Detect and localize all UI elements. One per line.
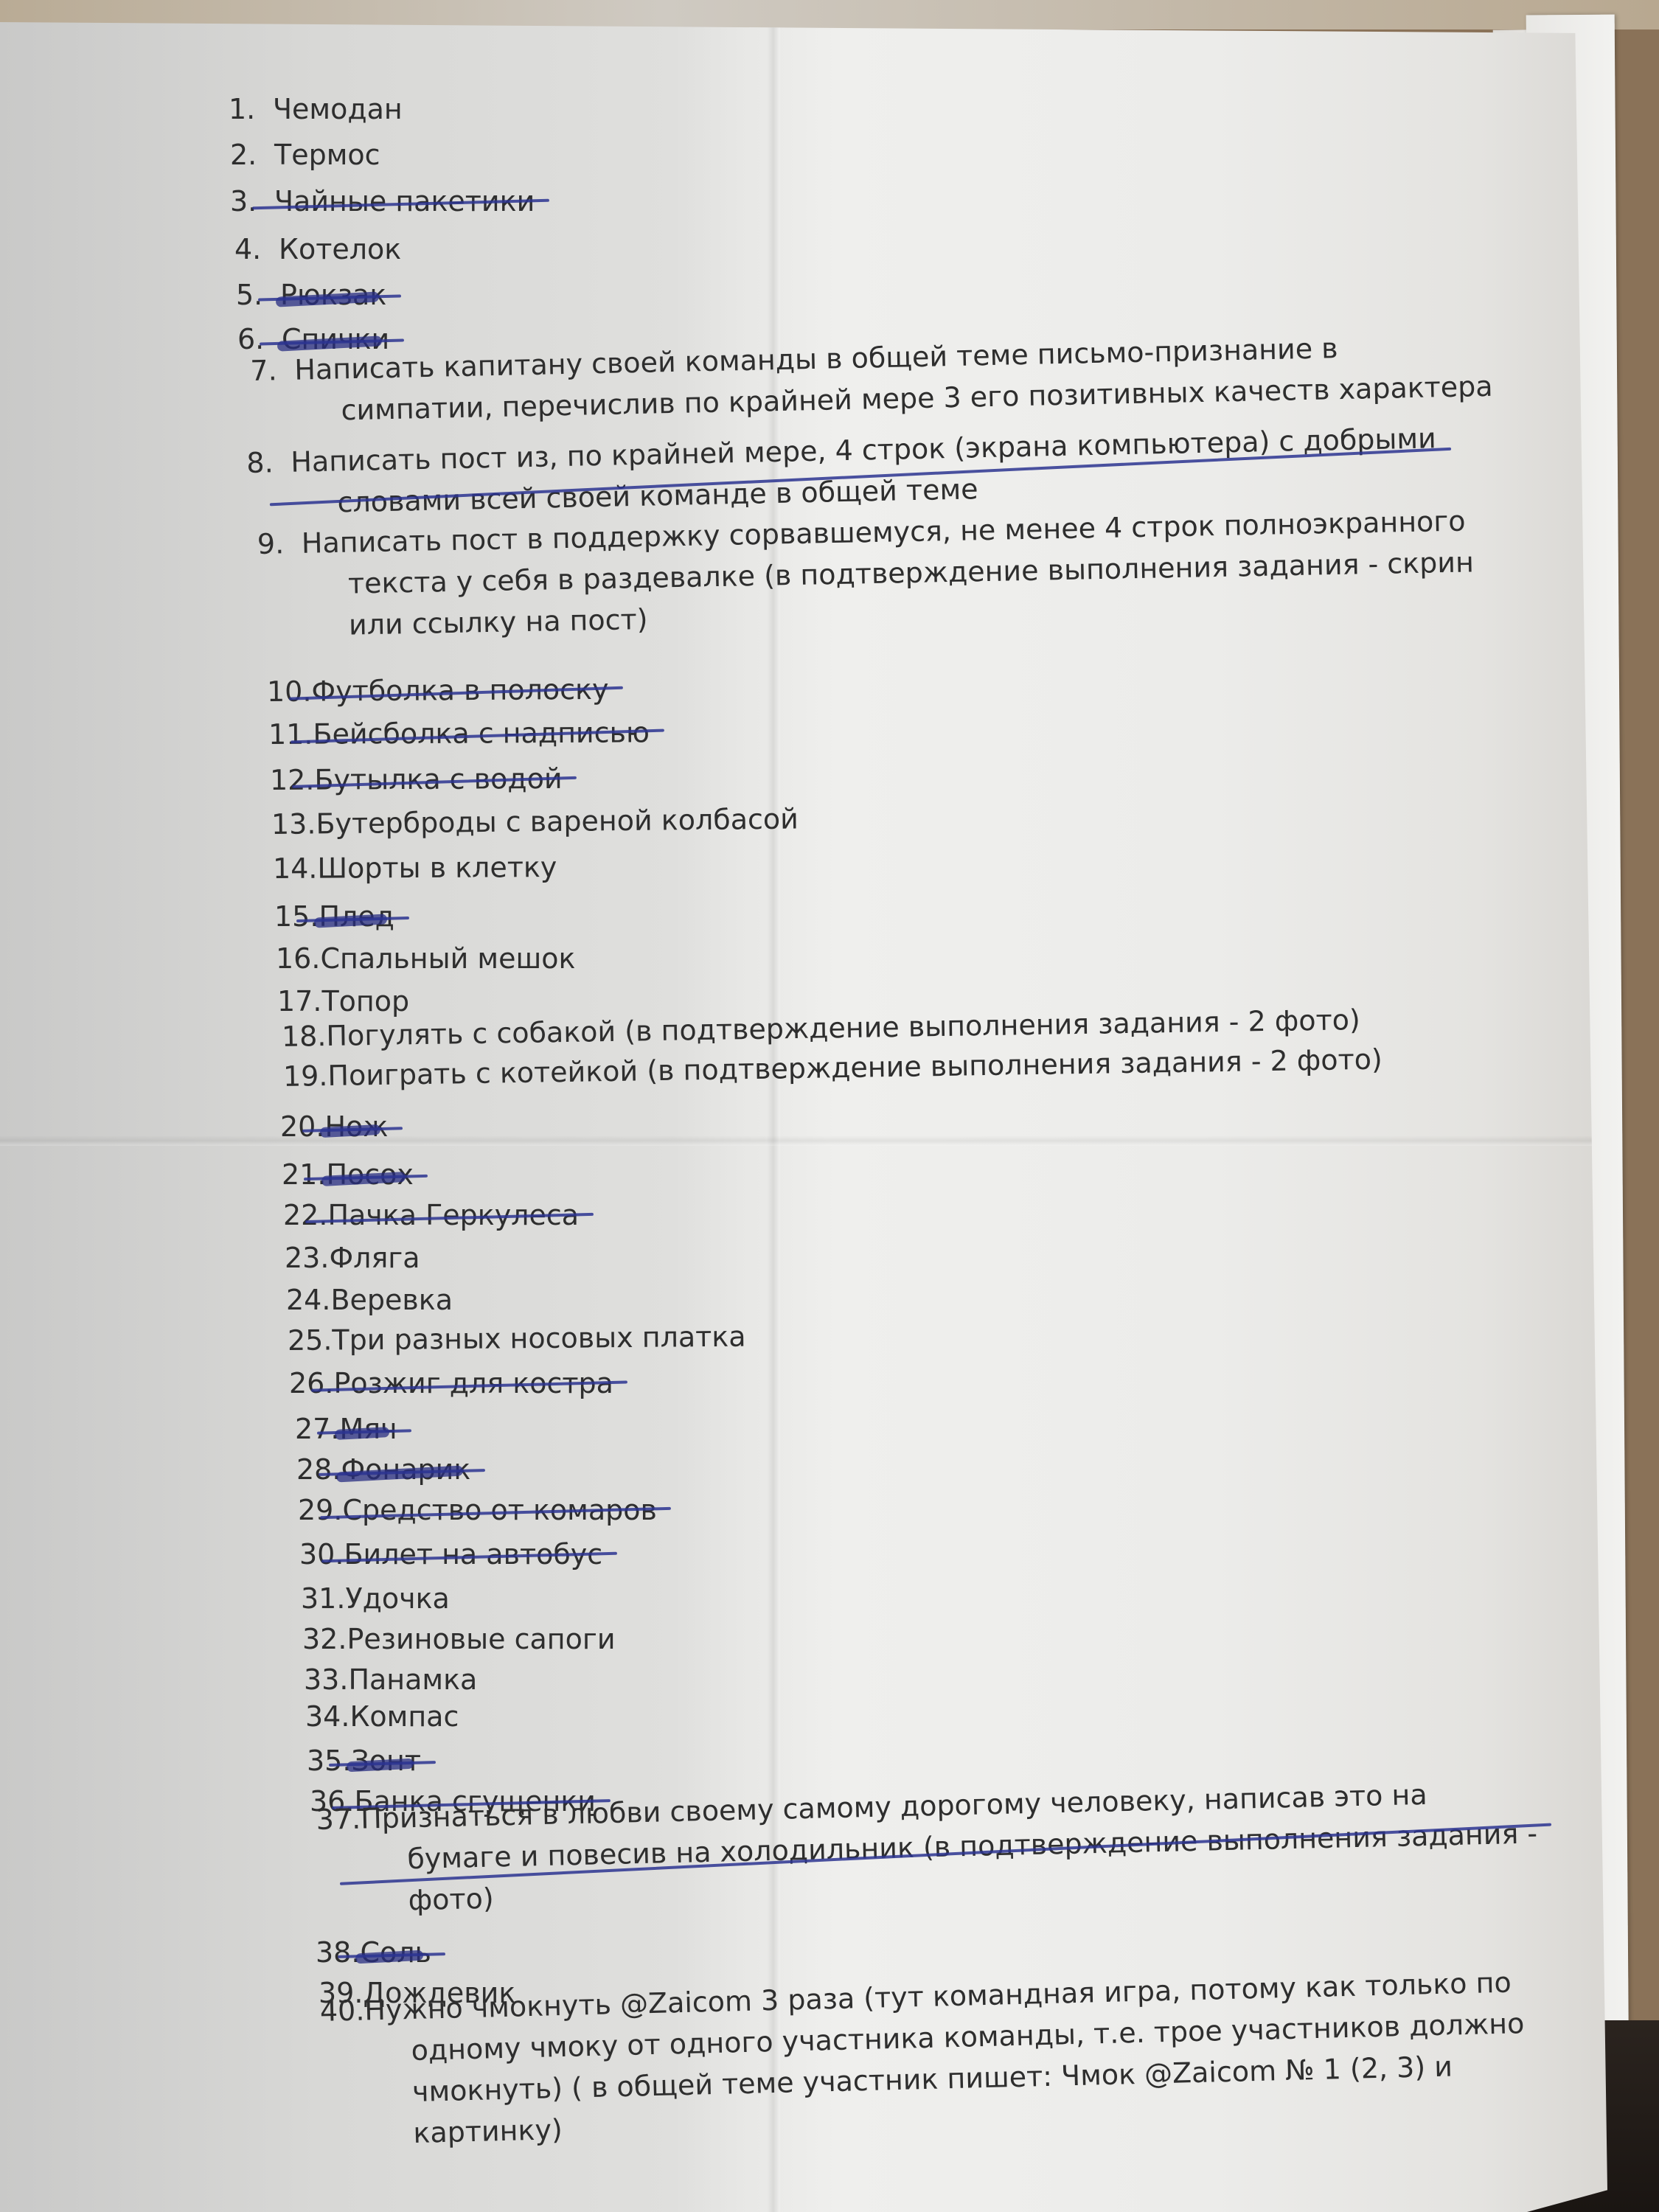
list-item: 7.Написать капитану своей команды в обще…: [250, 324, 1493, 433]
item-number: 25.: [288, 1319, 333, 1361]
item-number: 23.: [285, 1237, 329, 1279]
item-text: Нож: [324, 1110, 388, 1143]
list-item: 3.Чайные пакетики: [230, 181, 535, 222]
item-number: 28.: [296, 1449, 341, 1490]
list-item: 30.Билет на автобус: [299, 1534, 602, 1575]
item-text: Написать капитану своей команды в общей …: [294, 324, 1493, 432]
item-number: 18.: [282, 1015, 327, 1057]
item-text: Резиновые сапоги: [347, 1623, 615, 1655]
list-item: 9.Написать пост в поддержку сорвавшемуся…: [257, 500, 1475, 647]
item-text: Написать пост в поддержку сорвавшемуся, …: [301, 500, 1475, 646]
list-item: 16.Спальный мешок: [276, 938, 575, 979]
item-number: 7.: [250, 349, 295, 392]
list-item: 11.Бейсболка с надписью: [268, 712, 650, 755]
item-number: 16.: [276, 938, 320, 979]
item-text: Футболка в полоску: [311, 673, 608, 708]
list-item: 25.Три разных носовых платка: [288, 1316, 746, 1361]
item-number: 31.: [301, 1578, 345, 1619]
item-number: 11.: [268, 714, 313, 755]
item-number: 34.: [305, 1696, 349, 1737]
item-text: Панамка: [348, 1663, 477, 1696]
item-text: Компас: [349, 1700, 459, 1733]
item-text: Плед: [319, 900, 394, 933]
item-text: Посох: [326, 1158, 413, 1191]
item-number: 8.: [246, 442, 291, 484]
item-number: 4.: [234, 229, 279, 270]
item-number: 15.: [274, 896, 319, 937]
list-item: 32.Резиновые сапоги: [302, 1618, 616, 1660]
item-number: 24.: [286, 1279, 330, 1321]
item-number: 10.: [267, 671, 312, 712]
item-text: Средство от комаров: [342, 1494, 656, 1526]
list-item: 10.Футболка в полоску: [267, 669, 609, 712]
list-item: 24.Веревка: [286, 1279, 453, 1321]
item-text: Признаться в любви своему самому дорогом…: [361, 1771, 1539, 1921]
item-number: 13.: [271, 803, 316, 845]
list-item: 22.Пачка Геркулеса: [283, 1194, 579, 1236]
item-number: 19.: [283, 1055, 328, 1097]
item-number: 9.: [257, 523, 302, 565]
item-number: 38.: [316, 1932, 360, 1973]
list-item: 29.Средство от комаров: [298, 1489, 657, 1531]
list-item: 2.Термос: [230, 134, 380, 175]
list-item: 21.Посох: [282, 1154, 414, 1195]
item-text: Билет на автобус: [344, 1538, 602, 1571]
item-number: 3.: [230, 181, 274, 222]
list-item: 31.Удочка: [301, 1578, 450, 1619]
list-item: 14.Шорты в клетку: [273, 846, 557, 889]
item-text: Термос: [274, 139, 380, 171]
item-text: Фляга: [329, 1242, 420, 1274]
item-number: 35.: [307, 1740, 351, 1781]
item-number: 37.: [316, 1798, 361, 1840]
list-item: 33.Панамка: [304, 1659, 477, 1700]
item-number: 1.: [229, 88, 273, 130]
item-number: 12.: [270, 759, 315, 801]
item-text: Три разных носовых платка: [332, 1321, 746, 1357]
list-item: 34.Компас: [305, 1696, 459, 1737]
list-item: 26.Розжиг для костра: [289, 1363, 613, 1404]
list-item: 12.Бутылка с водой: [270, 758, 563, 801]
item-text: Чайные пакетики: [274, 185, 535, 218]
list-item: 28.Фонарик: [296, 1449, 470, 1490]
item-text: Удочка: [345, 1582, 449, 1615]
item-text: Веревка: [330, 1284, 453, 1316]
item-number: 14.: [273, 848, 318, 889]
item-number: 21.: [282, 1154, 326, 1195]
item-text: Фонарик: [341, 1453, 470, 1486]
item-text: Топор: [321, 985, 409, 1018]
item-number: 20.: [280, 1106, 324, 1147]
list-item: 13.Бутерброды с вареной колбасой: [271, 799, 799, 845]
item-text: Бейсболка с надписью: [313, 716, 650, 750]
list-item: 23.Фляга: [285, 1237, 420, 1279]
item-text: Чемодан: [273, 93, 403, 125]
item-number: 2.: [230, 134, 274, 175]
item-text: Розжиг для костра: [333, 1367, 613, 1399]
list-item: 20.Нож: [280, 1106, 389, 1147]
item-number: 29.: [298, 1489, 342, 1531]
item-text: Шорты в клетку: [317, 851, 557, 885]
item-text: Котелок: [279, 233, 401, 265]
task-list: 1.Чемодан2.Термос3.Чайные пакетики4.Коте…: [0, 22, 1607, 2212]
item-number: 5.: [236, 274, 280, 316]
item-number: 30.: [299, 1534, 344, 1575]
item-text: Нужно чмокнуть @Zaicom 3 раза (тут коман…: [364, 1961, 1527, 2154]
list-item: 4.Котелок: [234, 229, 401, 270]
item-number: 32.: [302, 1618, 347, 1660]
item-number: 27.: [295, 1408, 339, 1450]
item-text: Соль: [360, 1936, 431, 1969]
item-text: Пачка Геркулеса: [327, 1199, 579, 1231]
item-text: Спальный мешок: [320, 942, 575, 975]
list-item: 35.Зонт: [307, 1740, 421, 1781]
list-item: 27.Мяч: [295, 1408, 397, 1450]
item-number: 22.: [283, 1194, 327, 1236]
item-text: Бутылка с водой: [314, 762, 562, 796]
list-item: 1.Чемодан: [229, 88, 403, 130]
item-text: Зонт: [351, 1745, 421, 1777]
item-text: Рюкзак: [280, 279, 386, 311]
list-item: 38.Соль: [316, 1932, 431, 1973]
list-item: 40.Нужно чмокнуть @Zaicom 3 раза (тут ко…: [319, 1961, 1526, 2156]
list-item: 5.Рюкзак: [236, 274, 386, 316]
item-number: 33.: [304, 1659, 348, 1700]
printed-checklist-sheet: 1.Чемодан2.Термос3.Чайные пакетики4.Коте…: [0, 22, 1607, 2212]
list-item: 15.Плед: [274, 896, 394, 937]
item-number: 40.: [319, 1990, 365, 2032]
item-text: Бутерброды с вареной колбасой: [316, 803, 799, 841]
item-number: 26.: [289, 1363, 333, 1404]
item-text: Мяч: [339, 1413, 397, 1445]
